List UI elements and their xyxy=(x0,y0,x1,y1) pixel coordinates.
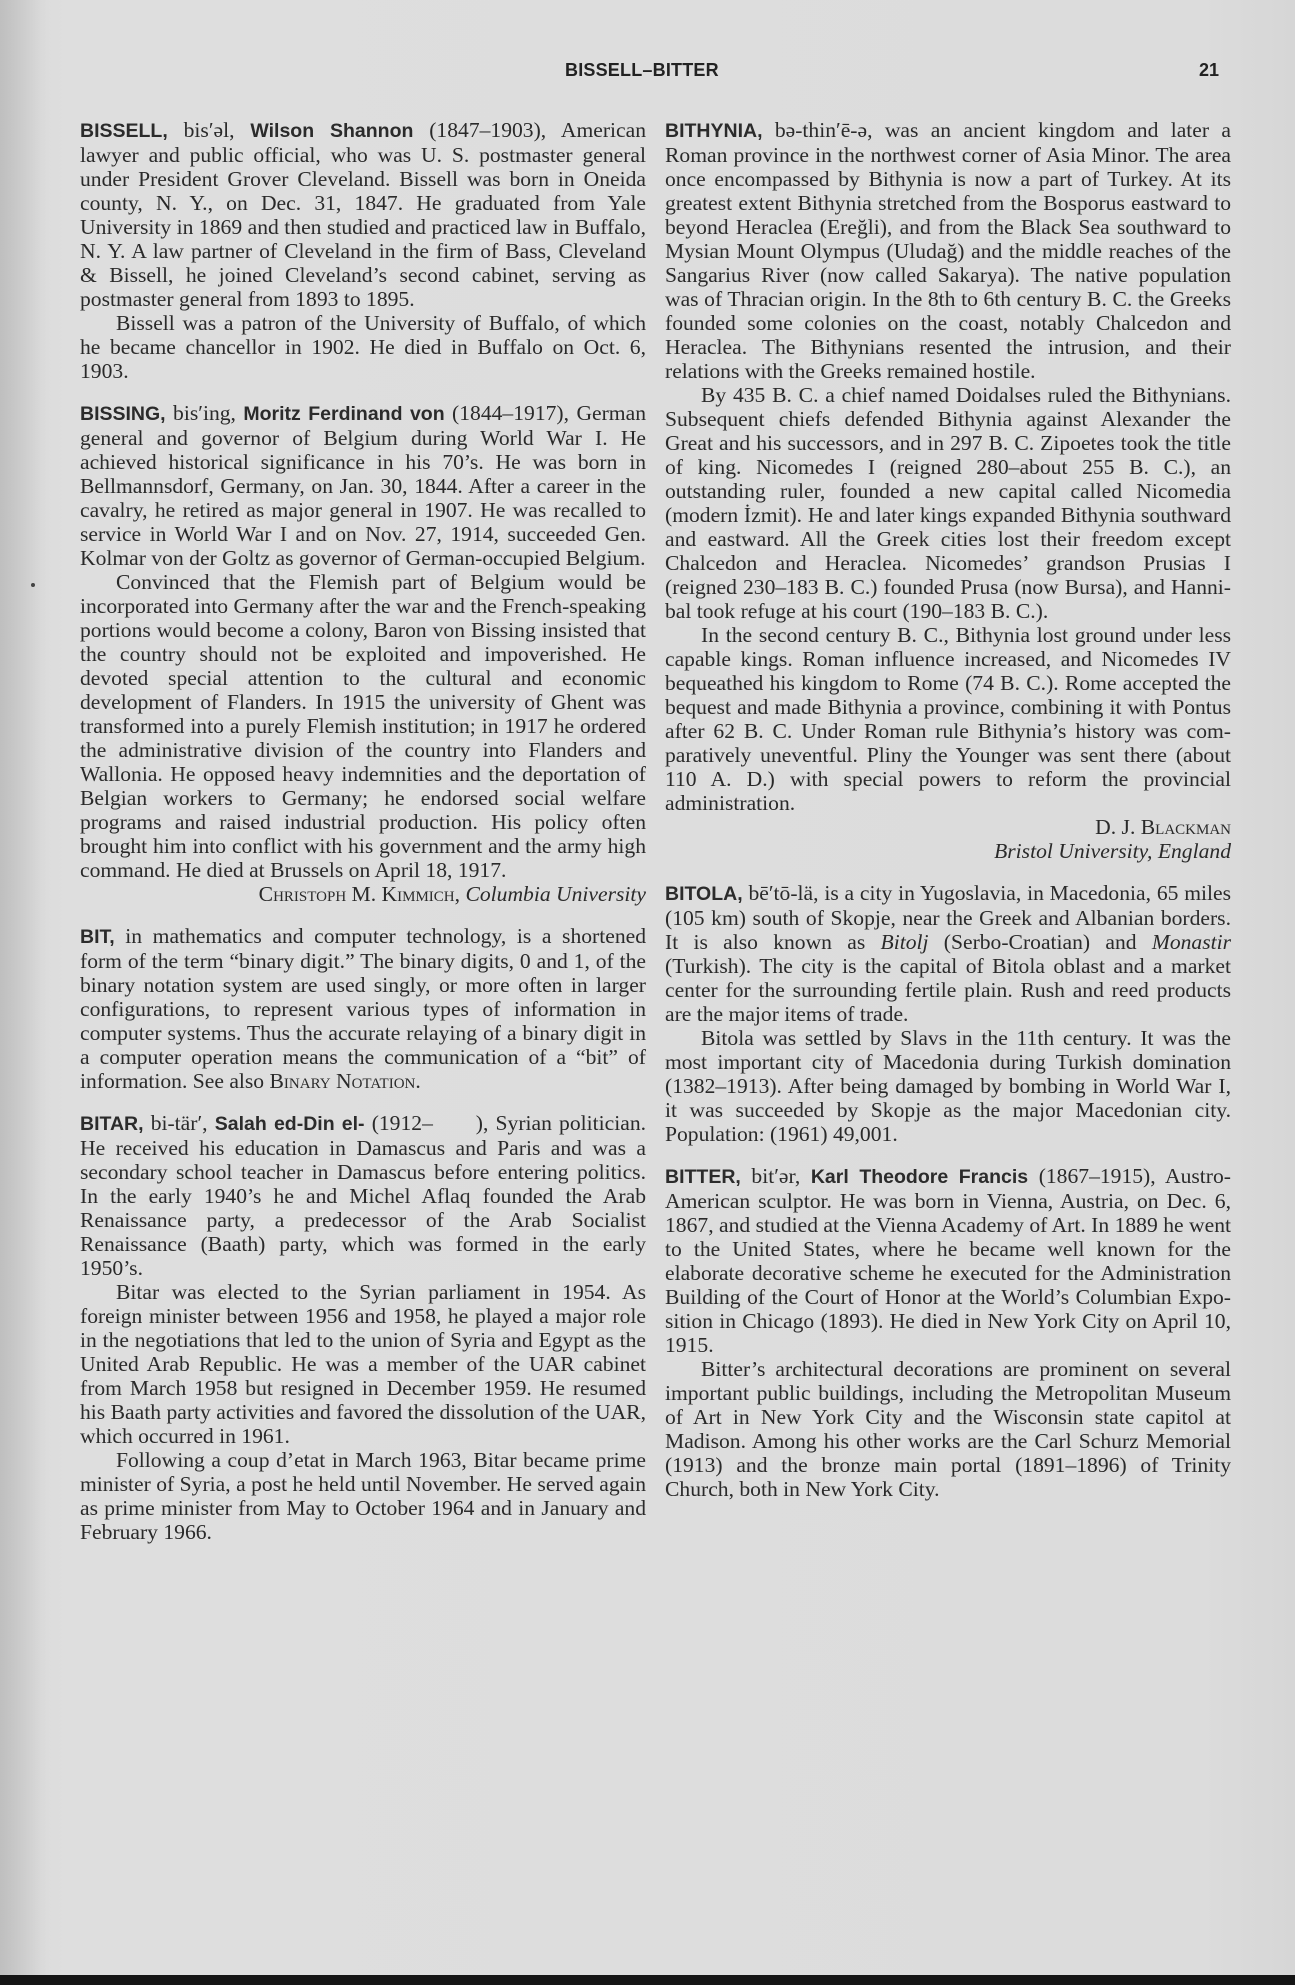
body-text: German general and governor of Belgium d… xyxy=(80,401,646,570)
left-column: BISSELL, bis′əl, Wilson Shannon (1847–19… xyxy=(80,118,646,1562)
body-text: Austro-American sculptor. He was born in… xyxy=(665,1164,1231,1357)
headword: BITOLA, xyxy=(665,883,743,905)
entry-bitter: BITTER, bit′ər, Karl Theodore Francis (1… xyxy=(665,1164,1231,1501)
entry-paragraph: BITOLA, bē′tō-lä, is a city in Yugoslavi… xyxy=(665,881,1231,1026)
life-dates: (1847–1903), xyxy=(413,118,560,142)
entry-paragraph: Following a coup d’etat in March 1963, B… xyxy=(80,1448,646,1544)
author-name: Christoph M. Kimmich, xyxy=(259,882,466,906)
cross-reference-link[interactable]: Binary Notation xyxy=(270,1069,416,1093)
body-text: was an ancient kingdom and later a Roman… xyxy=(665,118,1231,383)
entry-paragraph: BITHYNIA, bə-thin′ē-ə, was an ancient ki… xyxy=(665,118,1231,383)
headword: BIT, xyxy=(80,926,115,948)
life-dates: (1867–1915), xyxy=(1028,1164,1165,1188)
entry-paragraph: Bitter’s architectural decorations are p… xyxy=(665,1357,1231,1501)
pronunciation: bit′ər, xyxy=(741,1164,811,1188)
body-text: (Turkish). The city is the capital of Bi… xyxy=(665,954,1231,1026)
author-affiliation: Bristol University, England xyxy=(665,839,1231,863)
running-head: BISSELL–BITTER 21 xyxy=(0,60,1295,88)
headword: BISSING, xyxy=(80,403,166,425)
pronunciation: bi-tär′, xyxy=(144,1111,215,1135)
entry-paragraph: BITTER, bit′ər, Karl Theodore Francis (1… xyxy=(665,1164,1231,1357)
entry-paragraph: BISSELL, bis′əl, Wilson Shannon (1847–19… xyxy=(80,118,646,311)
running-title: BISSELL–BITTER xyxy=(565,60,719,81)
subject-name: Wilson Shannon xyxy=(250,120,413,142)
entry-bit: BIT, in mathematics and computer technol… xyxy=(80,924,646,1093)
subject-name: Karl Theodore Francis xyxy=(811,1166,1028,1188)
alt-name-turkish: Monastir xyxy=(1152,930,1231,954)
scan-bottom-edge xyxy=(0,1975,1295,1985)
punctuation: . xyxy=(415,1069,420,1093)
entry-paragraph: In the second century B. C., Bithynia lo… xyxy=(665,623,1231,815)
author-name-text: D. J. Blackman xyxy=(1095,815,1231,839)
entry-paragraph: Bissell was a patron of the University o… xyxy=(80,311,646,383)
entry-paragraph: Bitar was elected to the Syrian parliame… xyxy=(80,1280,646,1448)
entry-paragraph: BIT, in mathematics and computer technol… xyxy=(80,924,646,1093)
headword: BITAR, xyxy=(80,1113,144,1135)
pronunciation: bē′tō-lä, xyxy=(743,881,825,905)
author-name: D. J. Blackman xyxy=(665,815,1231,839)
subject-name: Moritz Ferdinand von xyxy=(243,403,444,425)
pronunciation: bis′əl, xyxy=(168,118,251,142)
encyclopedia-page: BISSELL–BITTER 21 BISSELL, bis′əl, Wilso… xyxy=(0,0,1295,1975)
entry-paragraph: BISSING, bis′ing, Moritz Ferdinand von (… xyxy=(80,401,646,570)
scan-artifact-dot xyxy=(31,583,35,587)
entry-bitar: BITAR, bi-tär′, Salah ed-Din el- (1912– … xyxy=(80,1111,646,1544)
entry-bissing: BISSING, bis′ing, Moritz Ferdinand von (… xyxy=(80,401,646,906)
entry-bithynia: BITHYNIA, bə-thin′ē-ə, was an ancient ki… xyxy=(665,118,1231,863)
body-text: (Serbo-Croatian) and xyxy=(929,930,1152,954)
pronunciation: bə-thin′ē-ə, xyxy=(763,118,885,142)
entry-bissell: BISSELL, bis′əl, Wilson Shannon (1847–19… xyxy=(80,118,646,383)
entry-bitola: BITOLA, bē′tō-lä, is a city in Yugoslavi… xyxy=(665,881,1231,1146)
entry-paragraph: By 435 B. C. a chief named Doidalses rul… xyxy=(665,383,1231,623)
life-dates: (1912– ), xyxy=(365,1111,496,1135)
entry-paragraph: Convinced that the Flemish part of Belgi… xyxy=(80,570,646,882)
entry-paragraph: Bitola was settled by Slavs in the 11th … xyxy=(665,1026,1231,1146)
right-column: BITHYNIA, bə-thin′ē-ə, was an ancient ki… xyxy=(665,118,1231,1519)
headword: BISSELL, xyxy=(80,120,168,142)
page-number: 21 xyxy=(1199,60,1219,81)
headword: BITHYNIA, xyxy=(665,120,763,142)
binding-shadow xyxy=(0,0,48,1975)
author-signature: Christoph M. Kimmich, Columbia Universit… xyxy=(80,882,646,906)
life-dates: (1844–1917), xyxy=(445,401,577,425)
pronunciation: bis′ing, xyxy=(166,401,244,425)
body-text: Syrian politician. He received his educa… xyxy=(80,1111,646,1280)
subject-name: Salah ed-Din el- xyxy=(215,1113,365,1135)
author-affiliation: Columbia University xyxy=(465,882,646,906)
alt-name-serbo-croatian: Bitolj xyxy=(881,930,929,954)
body-text: American lawyer and public official, who… xyxy=(80,118,646,311)
entry-paragraph: BITAR, bi-tär′, Salah ed-Din el- (1912– … xyxy=(80,1111,646,1280)
body-text: in mathematics and computer technology, … xyxy=(80,924,646,1093)
headword: BITTER, xyxy=(665,1166,741,1188)
